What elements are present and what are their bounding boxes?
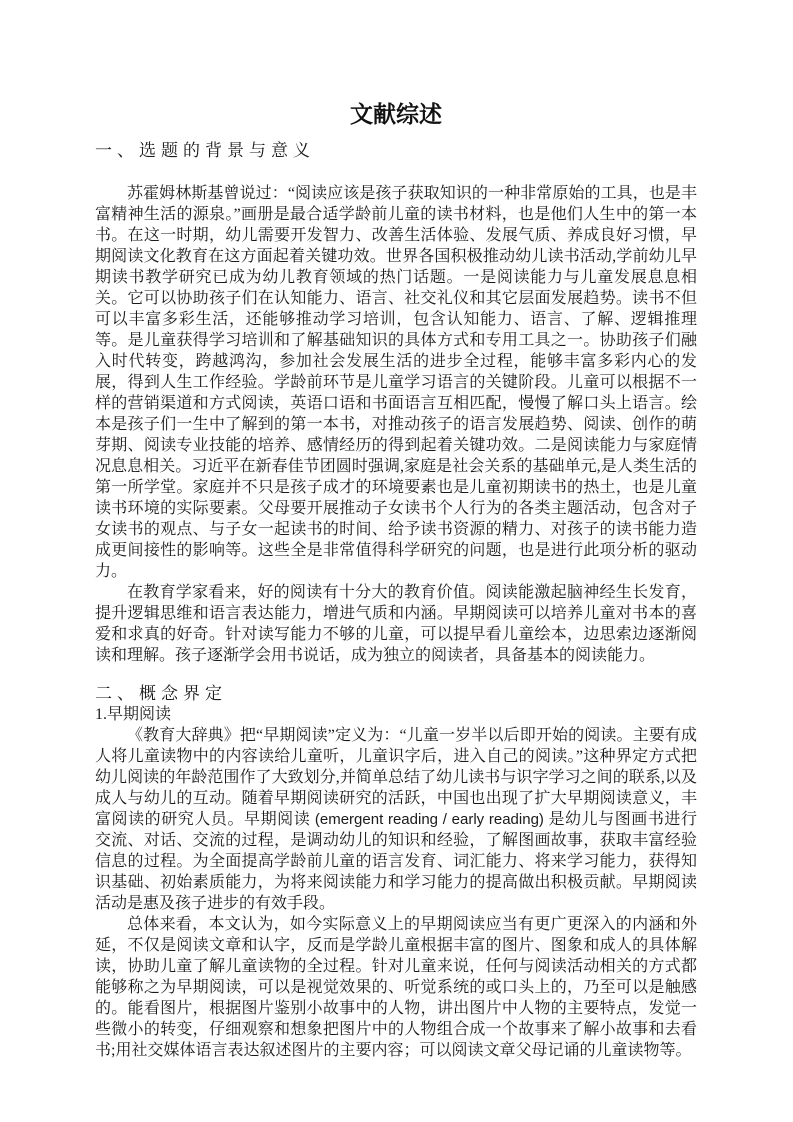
section-heading-concept-definition: 二、概念界定 [95,684,697,704]
document-title: 文献综述 [95,100,697,128]
document-content: 文献综述 一、选题的背景与意义 苏霍姆林斯基曾说过：“阅读应该是孩子获取知识的一… [95,100,697,1061]
paragraph-background-2: 在教育学家看来，好的阅读有十分大的教育价值。阅读能激起脑神经生长发育，提升逻辑思… [95,582,697,666]
section-heading-background-significance: 一、选题的背景与意义 [95,141,697,161]
document-page: 文献综述 一、选题的背景与意义 苏霍姆林斯基曾说过：“阅读应该是孩子获取知识的一… [0,0,793,1122]
english-term: (emergent reading / early reading) [315,811,544,828]
paragraph-background-1: 苏霍姆林斯基曾说过：“阅读应该是孩子获取知识的一种非常原始的工具，也是丰富精神生… [95,183,697,582]
subsection-heading-early-reading: 1.早期阅读 [95,704,697,725]
paragraph-definition-1: 《教育大辞典》把“早期阅读”定义为：“儿童一岁半以后即开始的阅读。主要有成人将儿… [95,725,697,914]
paragraph-definition-2: 总体来看，本文认为，如今实际意义上的早期阅读应当有更广更深入的内涵和外延，不仅是… [95,914,697,1061]
